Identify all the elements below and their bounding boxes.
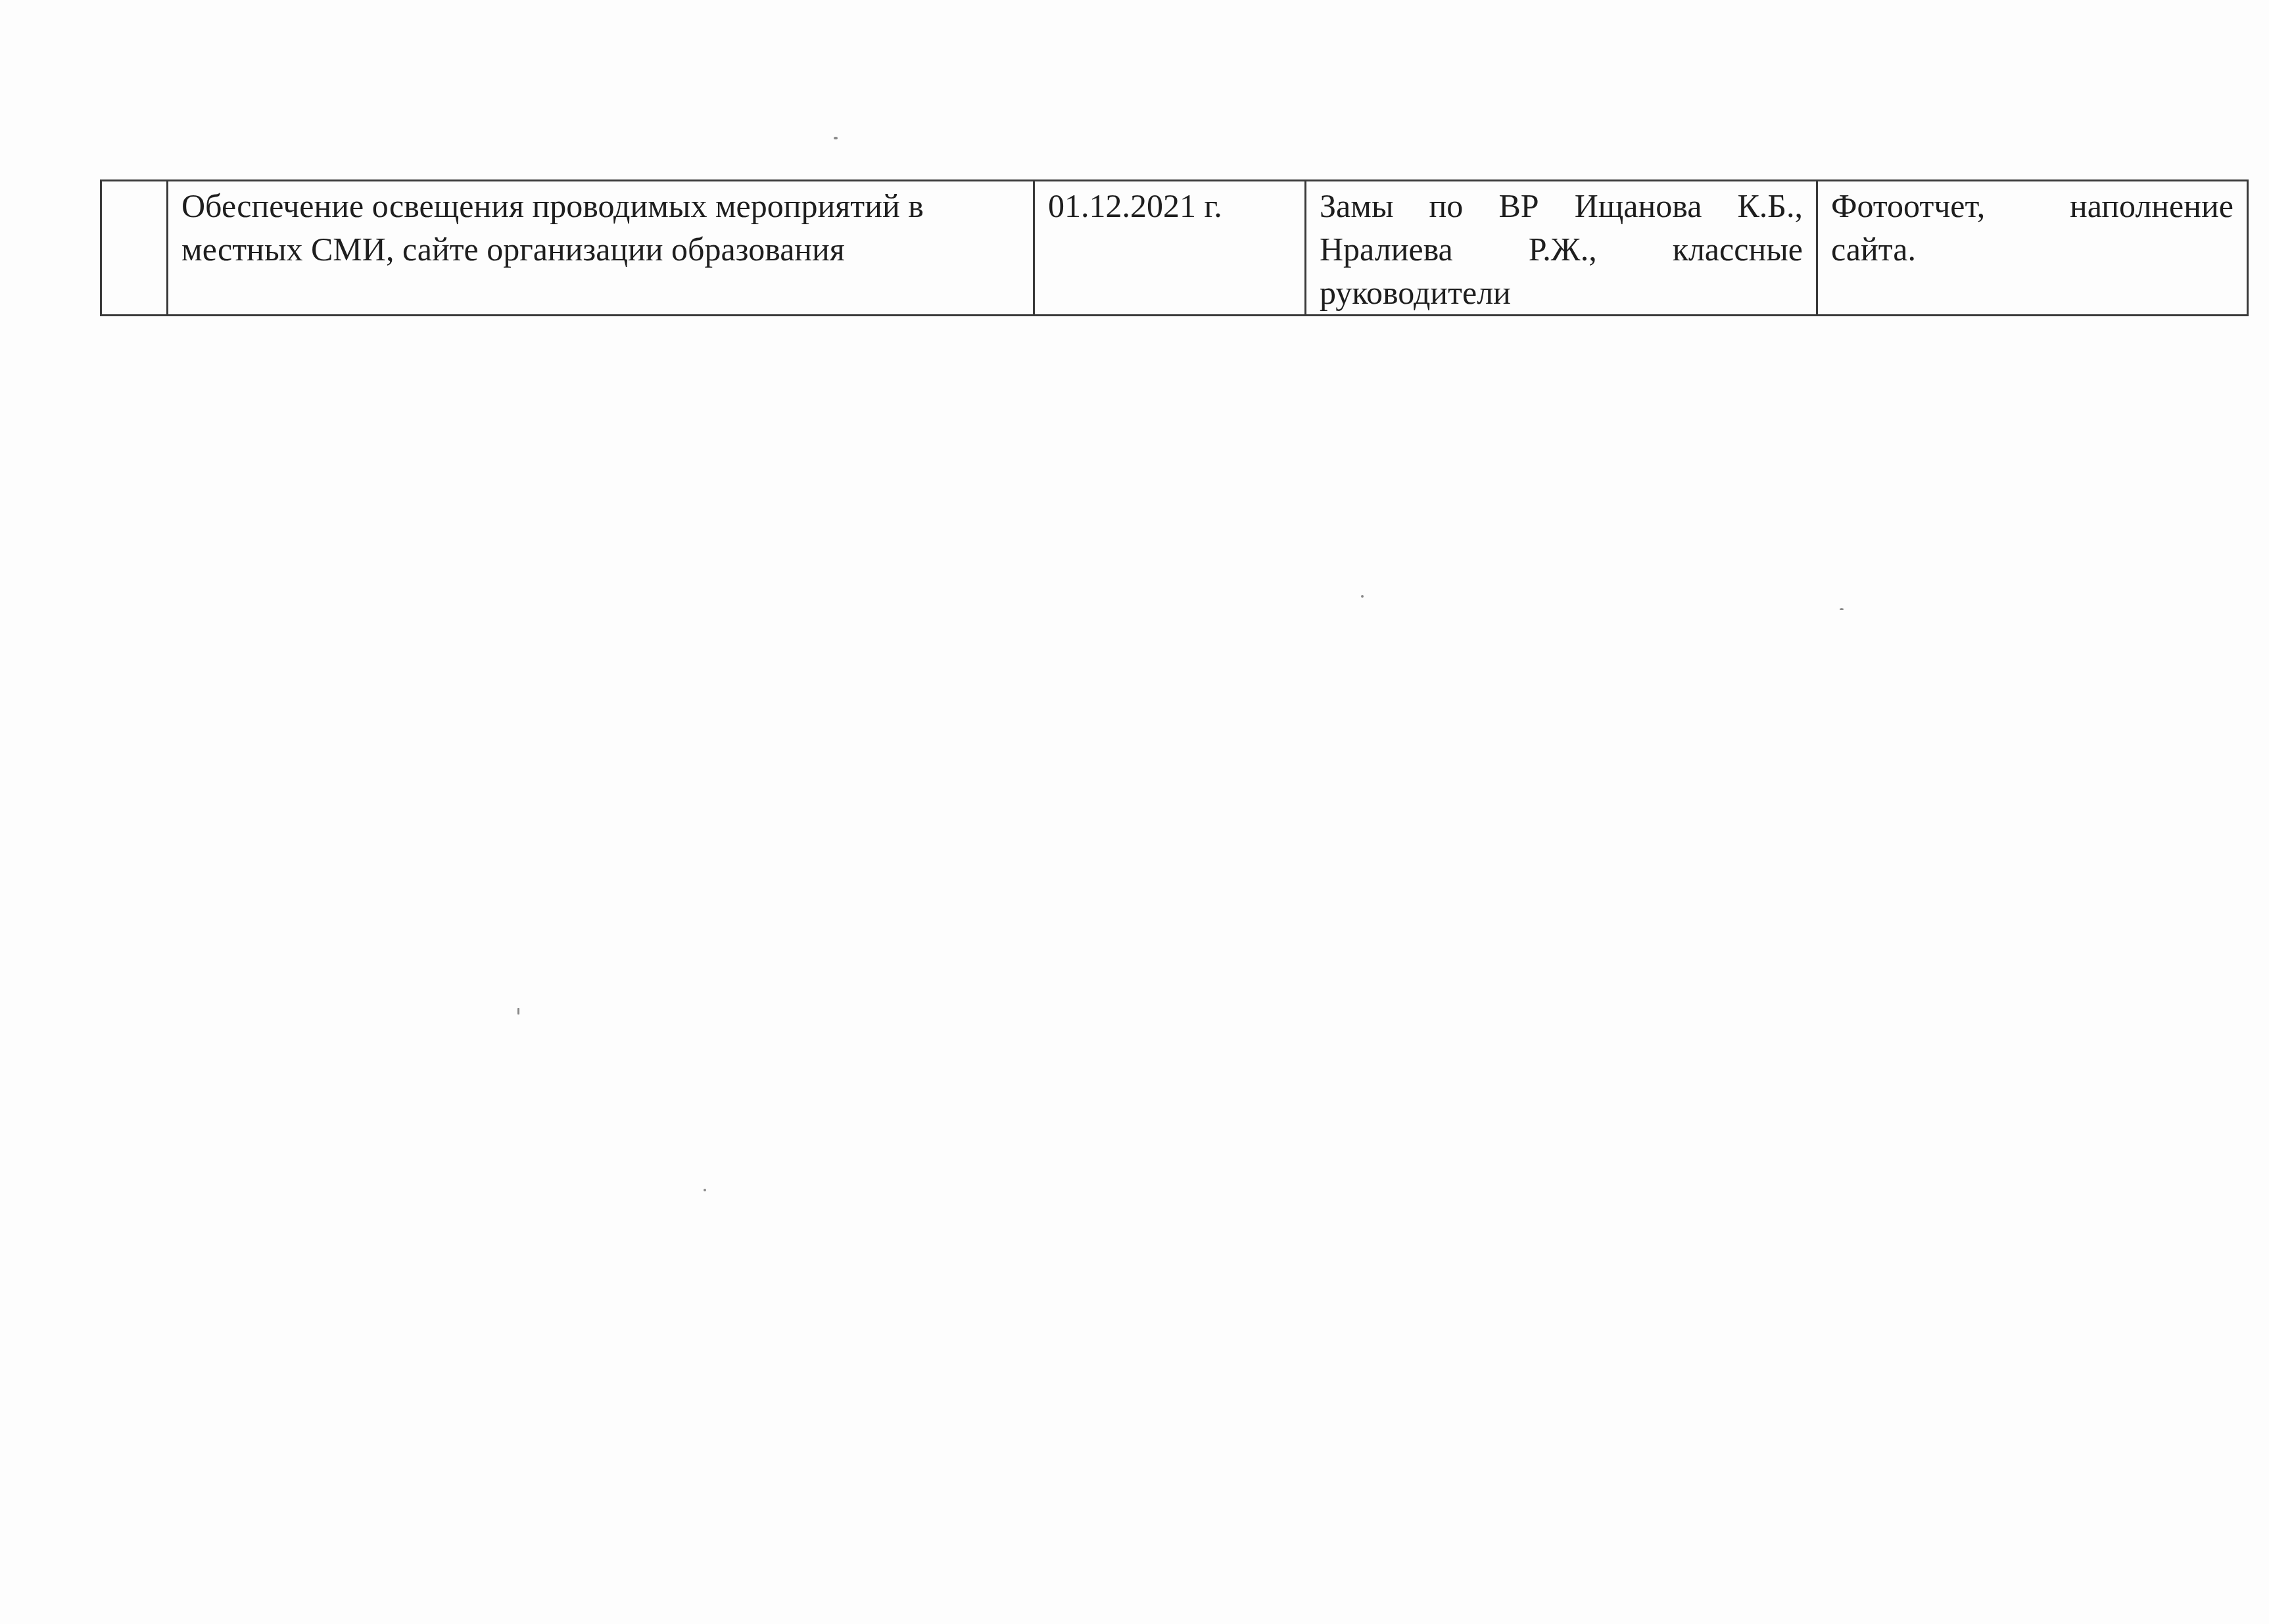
table-row: Обеспечение освещения проводимых меропри… (101, 181, 2248, 316)
scan-speck (517, 1008, 519, 1015)
scan-speck (1840, 608, 1844, 610)
plan-table: Обеспечение освещения проводимых меропри… (100, 179, 2249, 316)
scan-speck (704, 1189, 706, 1191)
scan-speck (834, 137, 838, 139)
result-cell: Фотоотчет, наполнение сайта. (1817, 181, 2248, 316)
scan-speck (1361, 595, 1364, 598)
event-cell: Обеспечение освещения проводимых меропри… (168, 181, 1034, 316)
responsible-cell: Замы по ВР Ищанова К.Б., Нралиева Р.Ж., … (1306, 181, 1817, 316)
row-number-cell (101, 181, 168, 316)
date-cell: 01.12.2021 г. (1034, 181, 1306, 316)
